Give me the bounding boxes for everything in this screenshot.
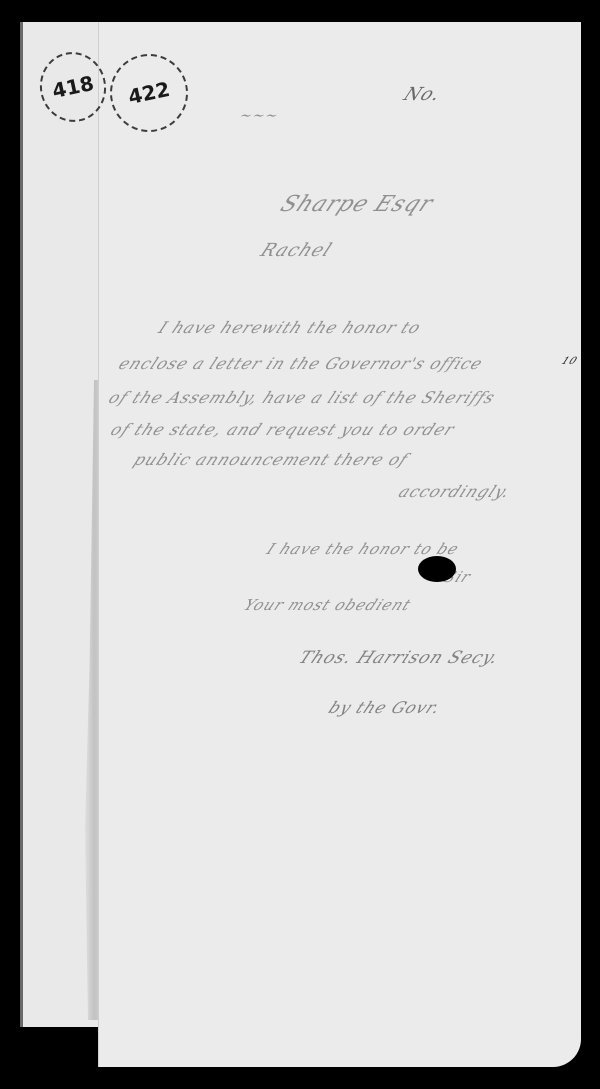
body-line-4: of the state, and request you to order [108, 420, 459, 439]
header-dash: ~~~ [236, 108, 282, 124]
salutation-name: Sharpe Esqr [276, 192, 438, 217]
closing-line-3: Your most obedient [241, 596, 415, 614]
body-line-1: I have herewith the honor to [156, 318, 425, 337]
page-number-back: 418 [50, 71, 96, 103]
body-line-2: enclose a letter in the Governor's offic… [116, 354, 487, 373]
page-number-front: 422 [126, 77, 172, 109]
signature-line-1: Thos. Harrison Secy. [295, 648, 502, 668]
body-line-5: public announcement there of [131, 450, 412, 469]
body-line-3: of the Assembly, have a list of the Sher… [106, 388, 499, 407]
body-line-6: accordingly. [396, 482, 515, 501]
ink-blot [418, 556, 456, 582]
salutation-place: Rachel [257, 240, 336, 261]
signature-line-2: by the Govr. [326, 698, 445, 717]
